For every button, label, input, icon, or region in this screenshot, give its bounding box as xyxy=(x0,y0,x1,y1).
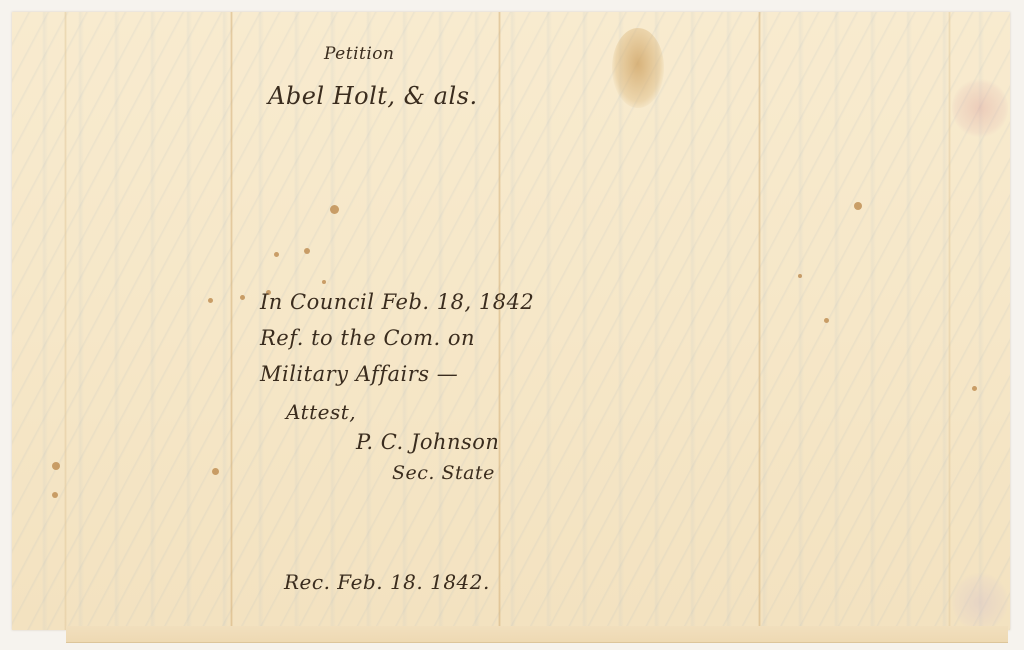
foxing-spot xyxy=(972,386,977,391)
docket-title: Petition xyxy=(324,44,394,64)
foxing-spot xyxy=(798,274,802,278)
endorsement-line: In Council Feb. 18, 1842 xyxy=(260,290,534,314)
foxing-spot xyxy=(52,492,58,498)
paper-folded-edge xyxy=(66,626,1008,643)
docket-name: Abel Holt, & als. xyxy=(268,82,478,110)
foxing-spot xyxy=(274,252,279,257)
endorsement-line: Military Affairs — xyxy=(260,362,458,386)
fold-line xyxy=(948,12,951,630)
endorsement-line: Ref. to the Com. on xyxy=(260,326,475,350)
seal-trace xyxy=(952,572,1008,632)
foxing-spot xyxy=(208,298,213,303)
ink-bleed-through xyxy=(12,12,1010,630)
fold-line xyxy=(758,12,761,630)
fold-line xyxy=(64,12,67,630)
fold-line xyxy=(230,12,233,630)
foxing-spot xyxy=(240,295,245,300)
received-note: Rec. Feb. 18. 1842. xyxy=(284,570,490,594)
signature: P. C. Johnson xyxy=(356,430,499,454)
foxing-spot xyxy=(212,468,219,475)
foxing-spot xyxy=(854,202,862,210)
red-seal-trace xyxy=(952,78,1008,138)
foxing-spot xyxy=(322,280,326,284)
foxing-spot xyxy=(304,248,310,254)
foxing-spot xyxy=(330,205,339,214)
foxing-spot xyxy=(52,462,60,470)
endorsement-line: Attest, xyxy=(286,400,356,424)
foxing-spot xyxy=(824,318,829,323)
water-stain xyxy=(612,28,664,108)
fold-line xyxy=(498,12,501,630)
document-sheet: Petition Abel Holt, & als. In Council Fe… xyxy=(12,12,1010,630)
signature-title: Sec. State xyxy=(392,462,495,484)
